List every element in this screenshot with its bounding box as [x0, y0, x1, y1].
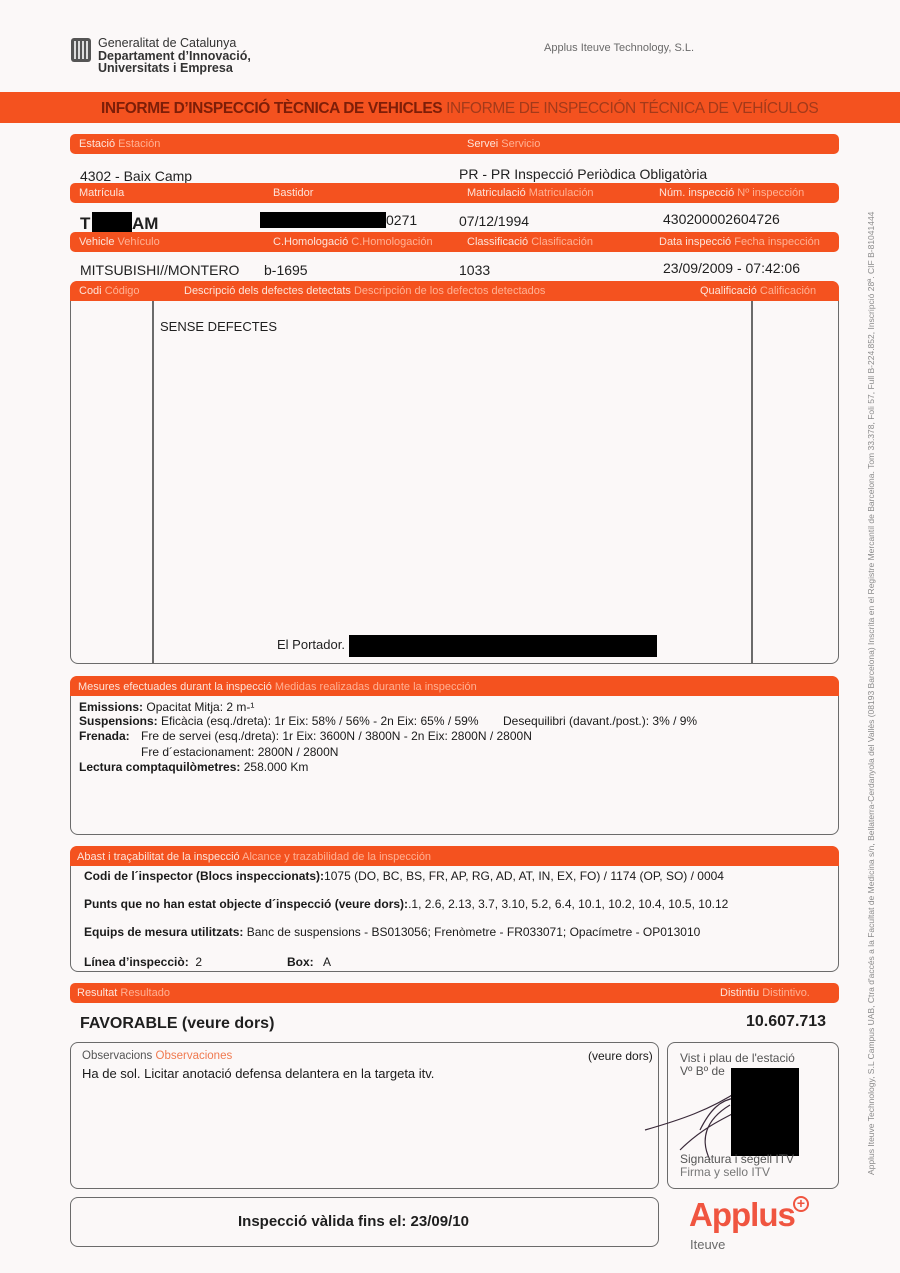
label-descripcio: Descripció dels defectes detectats Descr…: [184, 285, 545, 297]
legal-side-text: Applus Iteuve Technology, S.L Campus UAB…: [866, 212, 876, 1175]
value-servei: PR - PR Inspecció Periòdica Obligatòria: [459, 166, 707, 182]
frenada-servei: Fre de servei (esq./dreta): 1r Eix: 3600…: [141, 729, 532, 743]
desequilibri-line: Desequilibri (davant./post.): 3% / 9%: [503, 714, 697, 728]
title-catalan: INFORME D’INSPECCIÓ TÈCNICA DE VEHICLES: [101, 100, 442, 117]
portador-label: El Portador.: [277, 637, 345, 652]
label-data-inspeccio: Data inspecció Fecha inspección: [659, 236, 820, 248]
redacted-stamp: [731, 1068, 799, 1156]
label-vehicle: Vehicle Vehículo: [79, 236, 160, 248]
inspector-line: Codi de l´inspector (Blocs inspeccionats…: [84, 869, 724, 883]
label-matricula: Matrícula: [79, 187, 124, 199]
stamp-sign-es: Firma y sello ITV: [680, 1165, 770, 1179]
value-vehicle: MITSUBISHI//MONTERO: [80, 262, 239, 278]
distintiu-value: 10.607.713: [746, 1013, 826, 1031]
suspensions-line: Suspensions: Eficàcia (esq./dreta): 1r E…: [79, 714, 479, 728]
linea-line: Línea d’inspecciò: 2: [84, 955, 202, 969]
defects-box: [70, 281, 839, 664]
frenada-label: Frenada:: [79, 729, 130, 743]
label-matriculacio: Matriculació Matriculación: [467, 187, 594, 199]
stamp-line-1: Vist i plau de l'estació: [680, 1051, 795, 1065]
value-num-inspeccio: 430200002604726: [663, 211, 780, 227]
label-measures: Mesures efectuades durant la inspecció M…: [78, 681, 477, 693]
org-line-1: Generalitat de Catalunya: [98, 37, 251, 50]
redacted-vin: [260, 212, 386, 228]
stamp-line-2: Vº Bº de: [680, 1064, 725, 1078]
value-matriculacio: 07/12/1994: [459, 213, 529, 229]
frenada-estacionament: Fre d´estacionament: 2800N / 2800N: [141, 745, 338, 759]
label-servei: Servei Servicio: [467, 138, 540, 150]
label-homologacio: C.Homologació C.Homologación: [273, 236, 433, 248]
punts-line: Punts que no han estat objecte d´inspecc…: [84, 897, 728, 911]
emissions-line: Emissions: Opacitat Mitja: 2 m-¹: [79, 700, 254, 714]
defects-text: SENSE DEFECTES: [160, 319, 277, 334]
divider-qualificacio: [751, 301, 753, 663]
validity-text: Inspecció vàlida fins el: 23/09/10: [238, 1213, 469, 1230]
label-classificacio: Classificació Clasificación: [467, 236, 593, 248]
org-line-3: Universitats i Empresa: [98, 62, 251, 75]
observations-text: Ha de sol. Licitar anotació defensa dela…: [82, 1066, 434, 1081]
brand-sub: Iteuve: [690, 1237, 725, 1252]
value-classificacio: 1033: [459, 262, 490, 278]
value-homologacio: b-1695: [264, 262, 308, 278]
value-matricula-end: AM: [132, 214, 158, 234]
document-title-band: INFORME D’INSPECCIÓ TÈCNICA DE VEHICLES …: [0, 92, 900, 123]
box-line: Box: A: [287, 955, 331, 969]
header-bar-station: [70, 134, 839, 154]
label-scope: Abast i traçabilitat de la inspecció Alc…: [77, 851, 431, 863]
value-matricula-start: T: [80, 214, 90, 234]
result-value: FAVORABLE (veure dors): [80, 1015, 274, 1033]
label-resultat: Resultat Resultado: [77, 987, 170, 999]
value-bastidor-end: 0271: [386, 212, 417, 228]
redacted-portador: [349, 635, 657, 657]
label-codi: Codi Código: [79, 285, 140, 297]
divider-codi: [152, 301, 154, 663]
label-bastidor: Bastidor: [273, 187, 313, 199]
label-qualificacio: Qualificació Calificación: [700, 285, 816, 297]
odometer-line: Lectura comptaquilòmetres: 258.000 Km: [79, 760, 308, 774]
label-observacions: Observacions Observaciones: [82, 1050, 232, 1062]
value-estacio: 4302 - Baix Camp: [80, 168, 192, 184]
value-data-inspeccio: 23/09/2009 - 07:42:06: [663, 260, 800, 276]
observations-box: [70, 1042, 659, 1189]
stamp-sign-ca: Signatura i segell ITV: [680, 1152, 794, 1166]
company-name: Applus Iteuve Technology, S.L.: [544, 42, 694, 54]
label-distintiu: Distintiu Distintivo.: [720, 987, 810, 999]
observations-veure-dors: (veure dors): [588, 1049, 653, 1063]
title-spanish: INFORME DE INSPECCIÓN TÉCNICA DE VEHÍCUL…: [446, 100, 818, 117]
label-num-inspeccio: Núm. inspecció Nº inspección: [659, 187, 804, 199]
label-estacio: Estació Estación: [79, 138, 160, 150]
generalitat-logo-icon: [71, 38, 91, 62]
redacted-plate: [92, 212, 132, 232]
equips-line: Equips de mesura utilitzats: Banc de sus…: [84, 925, 700, 939]
plus-icon: +: [793, 1196, 809, 1212]
issuing-authority: Generalitat de Catalunya Departament d’I…: [98, 37, 251, 75]
applus-logo: Applus +: [689, 1196, 795, 1234]
